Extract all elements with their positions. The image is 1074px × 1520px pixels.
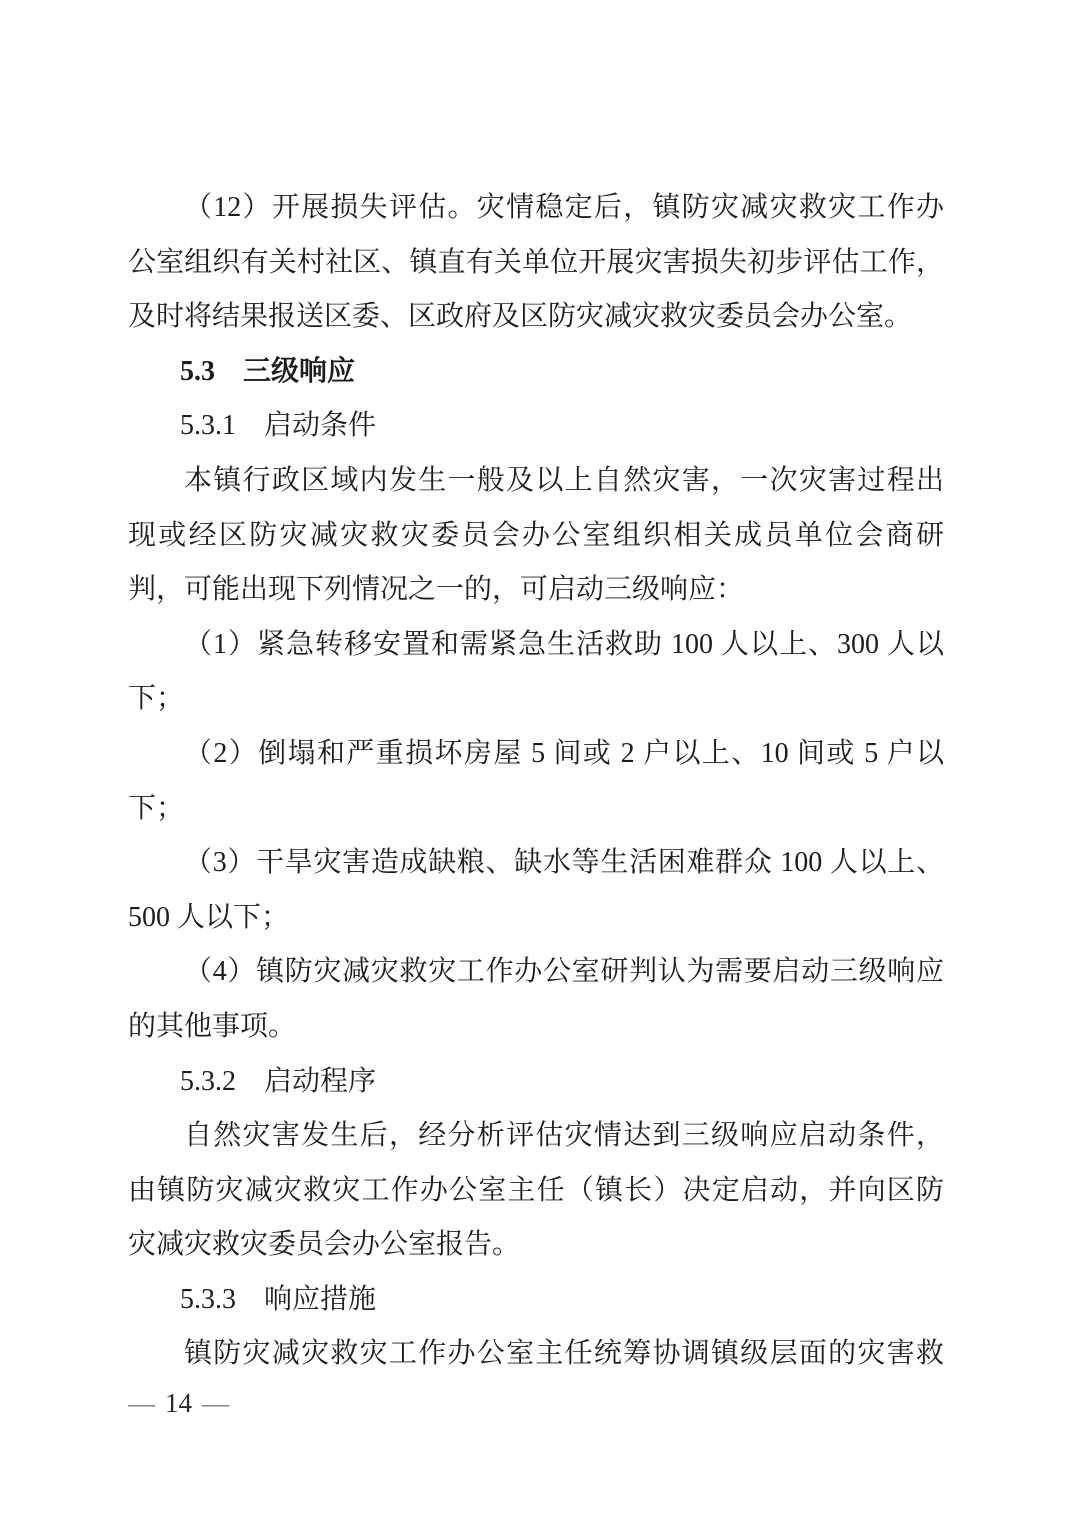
paragraph-line: 现或经区防灾减灾救灾委员会办公室组织相关成员单位会商研	[128, 509, 944, 564]
list-item-1-line: 下；	[128, 672, 944, 727]
section-heading-5-3: 5.3 三级响应	[128, 345, 944, 400]
paragraph-line: 及时将结果报送区委、区政府及区防灾减灾救灾委员会办公室。	[128, 290, 944, 345]
paragraph-line: 本镇行政区域内发生一般及以上自然灾害，一次灾害过程出	[128, 454, 944, 509]
paragraph-line: 镇防灾减灾救灾工作办公室主任统筹协调镇级层面的灾害救	[128, 1327, 944, 1382]
document-body: （12）开展损失评估。灾情稳定后，镇防灾减灾救灾工作办 公室组织有关村社区、镇直…	[128, 181, 944, 1382]
paragraph-line: （12）开展损失评估。灾情稳定后，镇防灾减灾救灾工作办	[128, 181, 944, 236]
list-item-3-line: 500 人以下；	[128, 891, 944, 946]
paragraph-line: 由镇防灾减灾救灾工作办公室主任（镇长）决定启动，并向区防	[128, 1164, 944, 1219]
document-page: （12）开展损失评估。灾情稳定后，镇防灾减灾救灾工作办 公室组织有关村社区、镇直…	[0, 0, 1074, 1520]
paragraph-line: 判，可能出现下列情况之一的，可启动三级响应：	[128, 563, 944, 618]
list-item-4-line: 的其他事项。	[128, 1000, 944, 1055]
section-heading-5-3-2: 5.3.2 启动程序	[128, 1055, 944, 1110]
section-heading-5-3-1: 5.3.1 启动条件	[128, 399, 944, 454]
page-footer: — 14 —	[128, 1386, 229, 1420]
footer-dash-right: —	[202, 1386, 229, 1420]
footer-dash-left: —	[128, 1386, 155, 1420]
paragraph-line: 公室组织有关村社区、镇直有关单位开展灾害损失初步评估工作，	[128, 236, 944, 291]
list-item-1-line: （1）紧急转移安置和需紧急生活救助 100 人以上、300 人以	[128, 618, 944, 673]
list-item-3-line: （3）干旱灾害造成缺粮、缺水等生活困难群众 100 人以上、	[128, 836, 944, 891]
section-heading-5-3-3: 5.3.3 响应措施	[128, 1273, 944, 1328]
paragraph-line: 自然灾害发生后，经分析评估灾情达到三级响应启动条件，	[128, 1109, 944, 1164]
page-number: 14	[165, 1386, 192, 1420]
list-item-4-line: （4）镇防灾减灾救灾工作办公室研判认为需要启动三级响应	[128, 945, 944, 1000]
list-item-2-line: （2）倒塌和严重损坏房屋 5 间或 2 户以上、10 间或 5 户以	[128, 727, 944, 782]
list-item-2-line: 下；	[128, 782, 944, 837]
paragraph-line: 灾减灾救灾委员会办公室报告。	[128, 1218, 944, 1273]
